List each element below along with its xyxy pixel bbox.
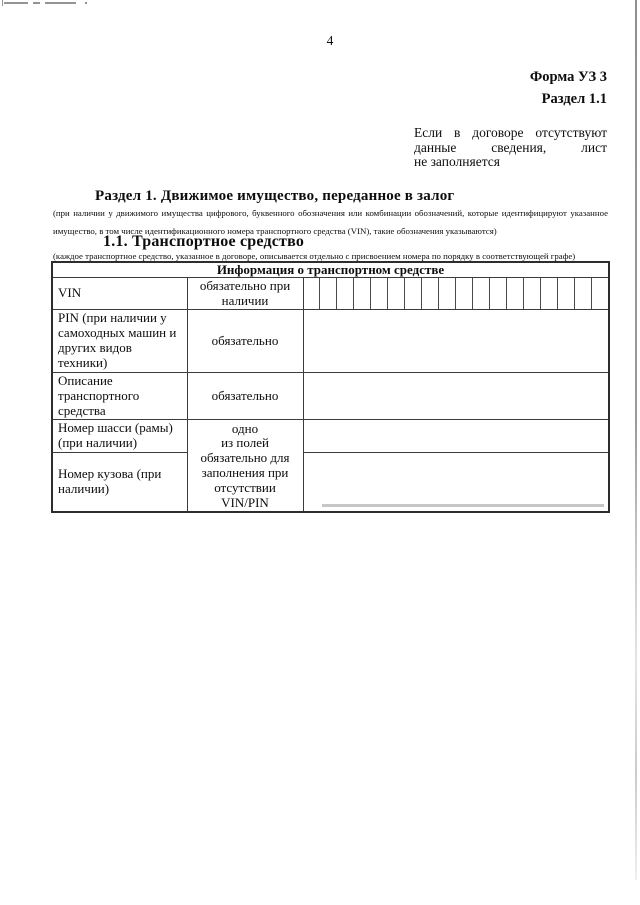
row-label-pin: PIN (при наличии у самоходных машин и др…: [52, 310, 187, 373]
scan-edge-line: [635, 0, 637, 880]
page-number: 4: [52, 33, 608, 49]
subsection11-title: 1.1. Транспортное средство: [103, 233, 304, 251]
corner-note: Если в договоре отсутствуют данные сведе…: [414, 126, 607, 170]
description-value-cell: [303, 373, 609, 420]
row-requirement-description: обязательно: [187, 373, 303, 420]
vin-character-box: [455, 278, 472, 309]
scan-artifact-dash: [45, 2, 76, 4]
row-requirement-pin: обязательно: [187, 310, 303, 373]
vin-character-box: [336, 278, 353, 309]
section1-title: Раздел 1. Движимое имущество, переданное…: [95, 188, 454, 205]
scanned-form-page: 4 Форма УЗ 3 Раздел 1.1 Если в договоре …: [0, 0, 640, 905]
vin-boxes-cell: [303, 278, 609, 310]
scan-artifact-dash: [33, 2, 40, 4]
table-row-vin: VIN обязательно при наличии: [52, 278, 609, 310]
vehicle-info-table: Информация о транспортном средстве VIN о…: [51, 261, 610, 513]
form-code-label: Форма УЗ 3: [530, 69, 607, 86]
vin-character-box: [591, 278, 608, 309]
row-label-description: Описание транспортного средства: [52, 373, 187, 420]
scan-artifact-dash: [4, 2, 28, 4]
vin-character-box: [304, 278, 320, 309]
subsection11-note: (каждое транспортное средство, указанное…: [53, 251, 575, 261]
table-header-row: Информация о транспортном средстве: [52, 262, 609, 278]
vin-character-box: [404, 278, 421, 309]
corner-note-line: не заполняется: [414, 155, 607, 170]
table-row-chassis: Номер шасси (рамы) (при наличии) одно из…: [52, 420, 609, 453]
row-requirement-chassis-body: одно из полей обязательно для заполнения…: [187, 420, 303, 513]
row-requirement-vin: обязательно при наличии: [187, 278, 303, 310]
row-label-chassis: Номер шасси (рамы) (при наличии): [52, 420, 187, 453]
table-row-description: Описание транспортного средства обязател…: [52, 373, 609, 420]
vin-character-box: [319, 278, 336, 309]
pin-value-cell: [303, 310, 609, 373]
vin-character-box: [472, 278, 489, 309]
vin-character-box: [489, 278, 506, 309]
scan-artifact-tick: [2, 0, 3, 6]
vin-character-box: [438, 278, 455, 309]
vin-character-box: [353, 278, 370, 309]
section1-note-line1: (при наличии у движимого имущества цифро…: [53, 204, 608, 222]
table-header: Информация о транспортном средстве: [52, 262, 609, 278]
vin-character-box: [387, 278, 404, 309]
vin-character-box: [574, 278, 591, 309]
chassis-value-cell: [303, 420, 609, 453]
vin-character-box: [370, 278, 387, 309]
section-number-label: Раздел 1.1: [542, 91, 607, 108]
corner-note-line: Если в договоре отсутствуют: [414, 126, 607, 141]
vin-character-box: [557, 278, 574, 309]
scan-artifact-dot: [85, 2, 87, 4]
corner-note-line: данные сведения, лист: [414, 141, 607, 156]
vin-boxes: [304, 278, 609, 309]
table-row-pin: PIN (при наличии у самоходных машин и др…: [52, 310, 609, 373]
vin-character-box: [421, 278, 438, 309]
row-label-vin: VIN: [52, 278, 187, 310]
scan-artifact-smear: [322, 504, 604, 507]
vin-character-box: [506, 278, 523, 309]
vin-character-box: [540, 278, 557, 309]
vin-character-box: [523, 278, 540, 309]
row-label-body-number: Номер кузова (при наличии): [52, 452, 187, 512]
